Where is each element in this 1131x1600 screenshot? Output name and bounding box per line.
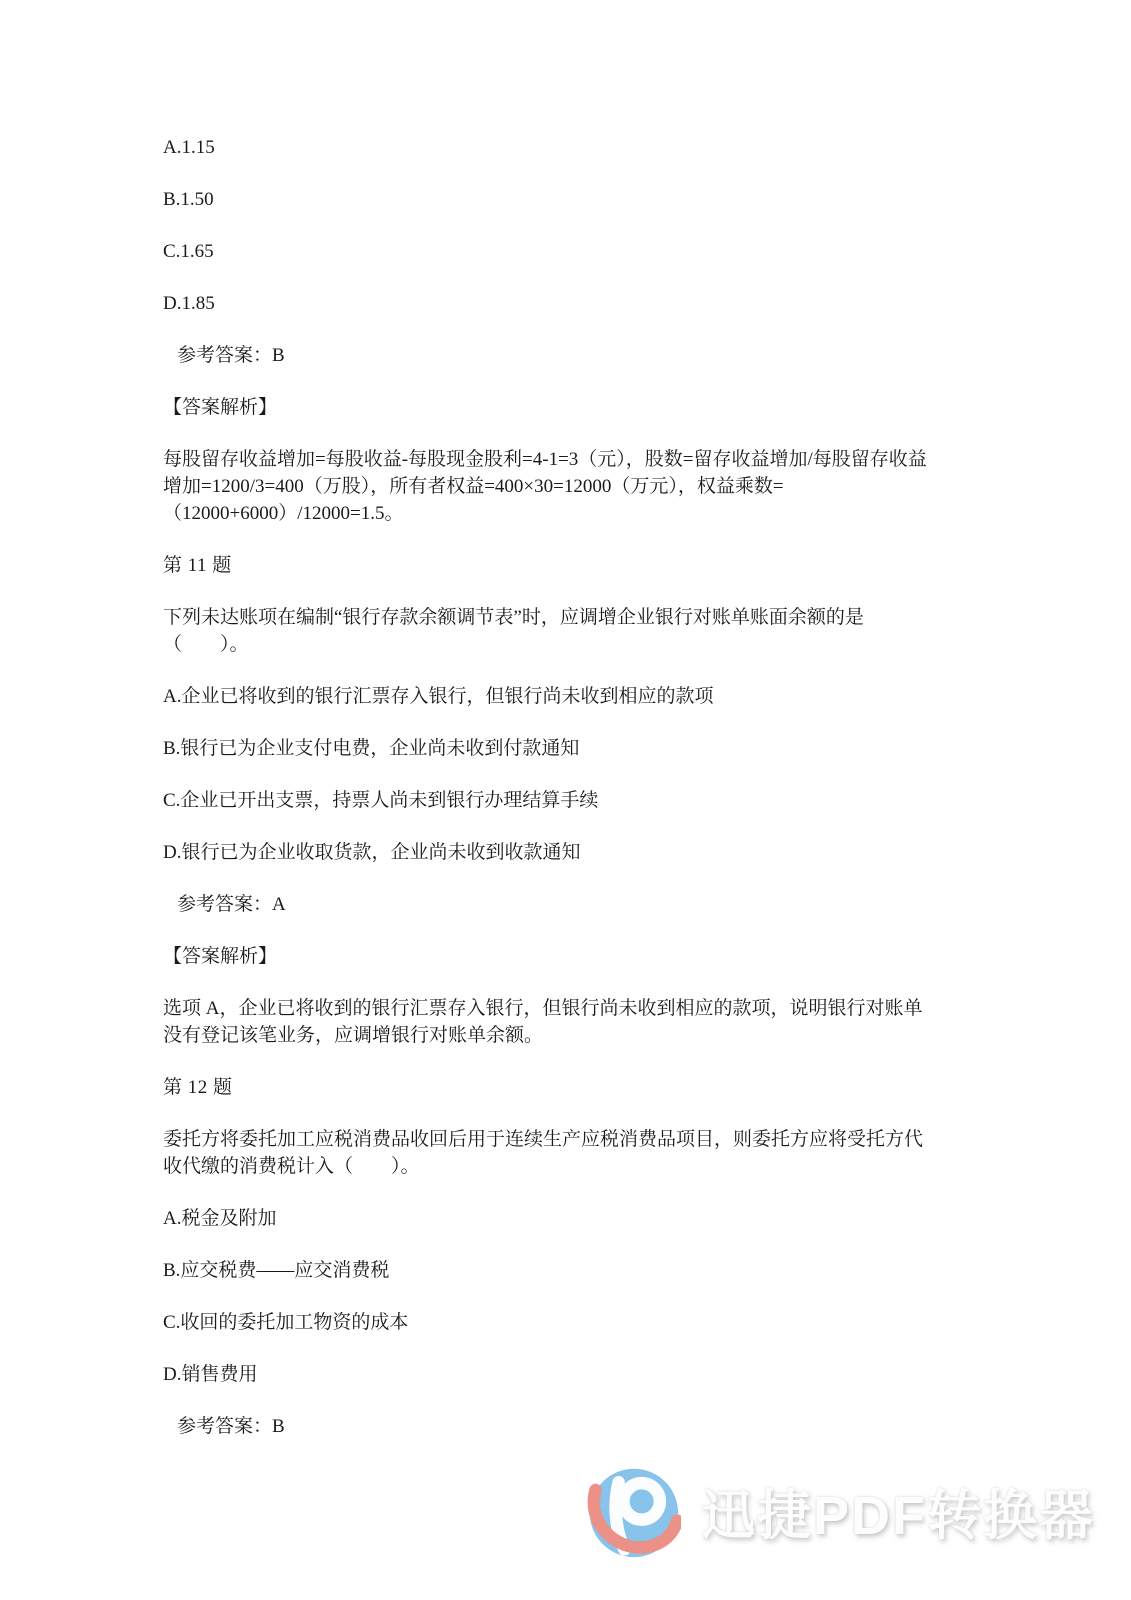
- question-title: 第 12 题: [163, 1074, 938, 1101]
- pdf-converter-logo-icon: [585, 1460, 681, 1562]
- option-line: C.企业已开出支票，持票人尚未到银行办理结算手续: [163, 787, 938, 814]
- analysis-paragraph: 选项 A，企业已将收到的银行汇票存入银行，但银行尚未收到相应的款项，说明银行对账…: [163, 995, 938, 1049]
- page-content: A.1.15 B.1.50 C.1.65 D.1.85 参考答案：B 【答案解析…: [163, 134, 938, 1465]
- option-line: B.银行已为企业支付电费，企业尚未收到付款通知: [163, 735, 938, 762]
- question-text: 委托方将委托加工应税消费品收回后用于连续生产应税消费品项目，则委托方应将受托方代…: [163, 1126, 938, 1180]
- option-line: C.1.65: [163, 238, 938, 265]
- option-line: D.1.85: [163, 290, 938, 317]
- watermark: 迅捷PDF转换器: [585, 1460, 1095, 1562]
- answer-line: 参考答案：A: [163, 891, 938, 918]
- option-line: A.1.15: [163, 134, 938, 161]
- question-title: 第 11 题: [163, 552, 938, 579]
- option-line: A.税金及附加: [163, 1205, 938, 1232]
- option-line: D.销售费用: [163, 1361, 938, 1388]
- option-line: B.1.50: [163, 186, 938, 213]
- analysis-heading: 【答案解析】: [163, 394, 938, 421]
- question-block-10: A.1.15 B.1.50 C.1.65 D.1.85 参考答案：B 【答案解析…: [163, 134, 938, 527]
- question-block-11: 第 11 题 下列未达账项在编制“银行存款余额调节表”时，应调增企业银行对账单账…: [163, 552, 938, 1049]
- question-block-12: 第 12 题 委托方将委托加工应税消费品收回后用于连续生产应税消费品项目，则委托…: [163, 1074, 938, 1440]
- option-line: D.银行已为企业收取货款，企业尚未收到收款通知: [163, 839, 938, 866]
- option-line: A.企业已将收到的银行汇票存入银行，但银行尚未收到相应的款项: [163, 683, 938, 710]
- option-line: B.应交税费——应交消费税: [163, 1257, 938, 1284]
- watermark-text: 迅捷PDF转换器: [701, 1473, 1095, 1550]
- option-line: C.收回的委托加工物资的成本: [163, 1309, 938, 1336]
- analysis-heading: 【答案解析】: [163, 943, 938, 970]
- answer-line: 参考答案：B: [163, 342, 938, 369]
- question-text: 下列未达账项在编制“银行存款余额调节表”时，应调增企业银行对账单账面余额的是（ …: [163, 604, 938, 658]
- document-page: A.1.15 B.1.50 C.1.65 D.1.85 参考答案：B 【答案解析…: [0, 0, 1131, 1600]
- analysis-paragraph: 每股留存收益增加=每股收益-每股现金股利=4-1=3（元），股数=留存收益增加/…: [163, 446, 938, 527]
- answer-line: 参考答案：B: [163, 1413, 938, 1440]
